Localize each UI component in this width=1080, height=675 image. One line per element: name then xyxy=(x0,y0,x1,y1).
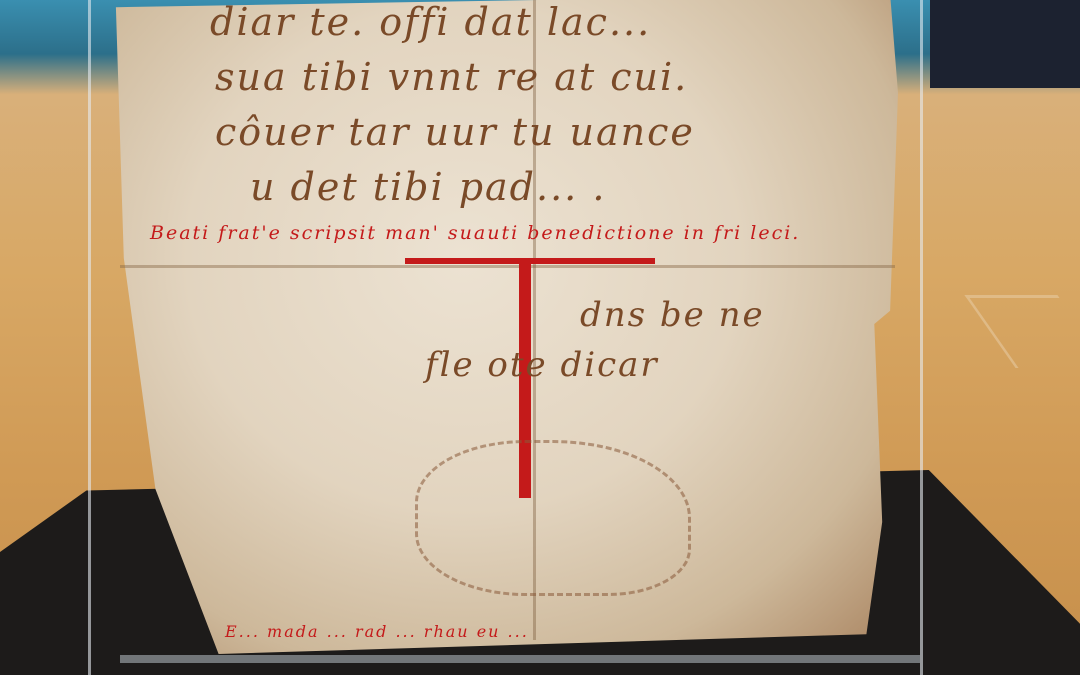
acrylic-base xyxy=(120,655,920,663)
acrylic-edge-right xyxy=(920,0,923,675)
background-wall xyxy=(930,0,1080,88)
ink-sketch-drawing xyxy=(415,440,691,596)
text-line-2: sua tibi vnnt re at cui. xyxy=(215,55,688,99)
text-line-4: u det tibi pad... . xyxy=(250,165,606,209)
rubric-line: Beati frat'e scripsit man' suauti benedi… xyxy=(150,222,800,244)
text-line-5: dns be ne xyxy=(580,295,765,335)
floor-inlay xyxy=(964,295,1080,368)
text-line-3: côuer tar uur tu uance xyxy=(215,110,695,154)
text-line-1: diar te. offi dat lac... xyxy=(210,0,651,44)
horizontal-fold xyxy=(120,265,895,268)
text-line-6: fle ote dicar xyxy=(425,345,659,385)
acrylic-edge-left xyxy=(88,0,91,675)
bottom-rubric: E... mada ... rad ... rhau eu ... xyxy=(225,622,529,641)
